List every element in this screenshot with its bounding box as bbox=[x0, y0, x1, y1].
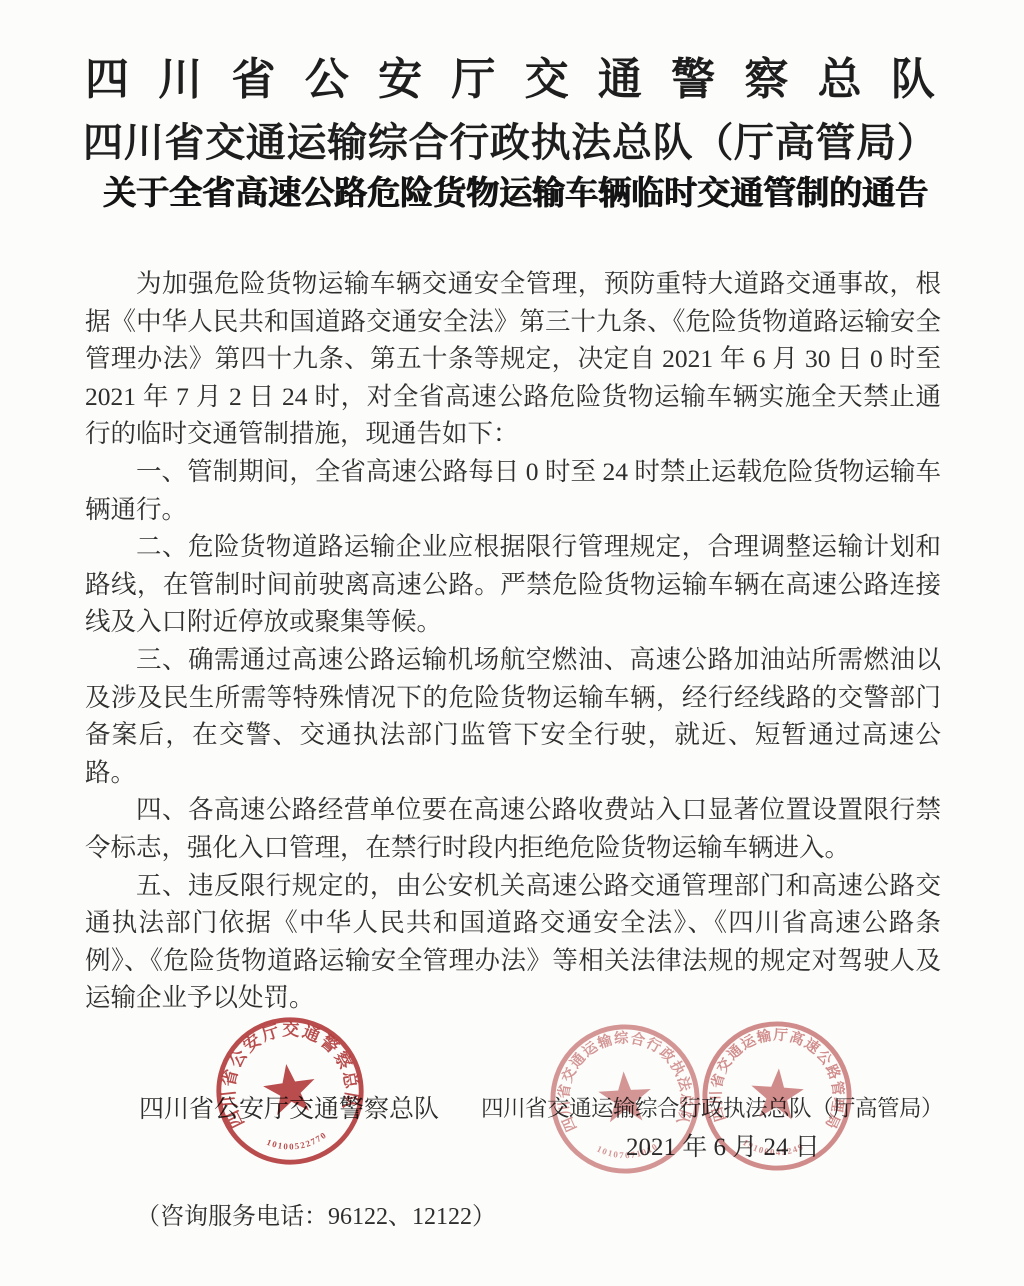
issuer-title-police: 四川省公安厅交通警察总队 bbox=[85, 56, 935, 104]
paragraph-item-3: 三、确需通过高速公路运输机场航空燃油、高速公路加油站所需燃油以及涉及民生所需等特… bbox=[85, 641, 941, 791]
paragraph-item-5: 五、违反限行规定的，由公安机关高速公路交通管理部门和高速公路交通执法部门依据《中… bbox=[85, 867, 941, 1017]
service-phone-note: （咨询服务电话：96122、12122） bbox=[136, 1196, 496, 1231]
issuer-title-transport: 四川省交通运输综合行政执法总队（厅高管局） bbox=[83, 121, 937, 165]
notice-date: 2021 年 6 月 24 日 bbox=[626, 1127, 820, 1163]
paragraph-item-2: 二、危险货物道路运输企业应根据限行管理规定，合理调整运输计划和路线，在管制时间前… bbox=[85, 528, 941, 641]
paragraph-item-1: 一、管制期间，全省高速公路每日 0 时至 24 时禁止运载危险货物运输车辆通行。 bbox=[85, 453, 941, 528]
signature-transport: 四川省交通运输综合行政执法总队（厅高管局） bbox=[481, 1091, 943, 1123]
svg-text:5101005227709: 5101005227709 bbox=[202, 1003, 330, 1162]
notice-subject: 关于全省高速公路危险货物运输车辆临时交通管制的通告 bbox=[103, 176, 923, 214]
paragraph-item-4: 四、各高速公路经营单位要在高速公路收费站入口显著位置设置限行禁令标志，强化入口管… bbox=[85, 791, 941, 866]
signature-police: 四川省公安厅交通警察总队 bbox=[139, 1089, 439, 1125]
notice-body: 为加强危险货物运输车辆交通安全管理，预防重特大道路交通事故，根据《中华人民共和国… bbox=[85, 265, 941, 1017]
seal-code: 5101005227709 bbox=[202, 1003, 330, 1162]
notice-document: 四川省公安厅交通警察总队 四川省交通运输综合行政执法总队（厅高管局） 关于全省高… bbox=[0, 0, 1024, 1286]
paragraph-intro: 为加强危险货物运输车辆交通安全管理，预防重特大道路交通事故，根据《中华人民共和国… bbox=[85, 265, 941, 453]
